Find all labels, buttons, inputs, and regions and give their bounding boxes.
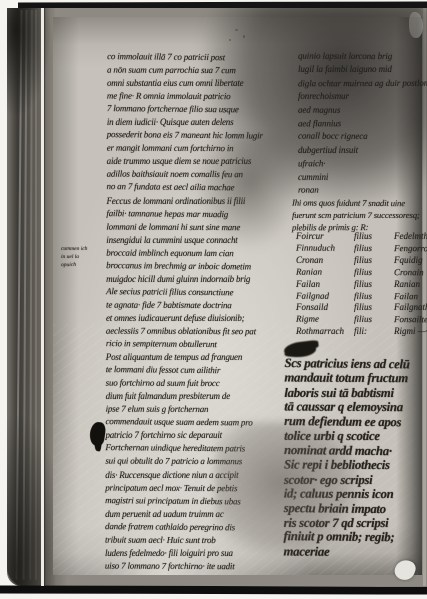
- manuscript-text-line: fuerunt scm patricium 7 successoresq;: [292, 209, 427, 221]
- ink-blot-margin: [88, 421, 106, 447]
- genealogy-cell: Foircur: [296, 231, 354, 243]
- manuscript-photo: co immolauit illā 7 co patricii posta nō…: [0, 0, 427, 599]
- genealogy-cell: filius: [354, 243, 394, 255]
- manuscript-text-line: laboris sui tā babtismi: [284, 386, 427, 401]
- genealogy-row: FailanfiliusRanian: [296, 279, 427, 291]
- genealogy-cell: Rothmarrach: [296, 326, 354, 338]
- manuscript-text-line: ricio in sempiternum obtullerunt: [106, 337, 298, 352]
- manuscript-text-line: Ale secius patricii filius consunctiune: [106, 285, 298, 300]
- manuscript-text-line: te agnata· fide 7 babtismate doctrina: [106, 298, 298, 312]
- manuscript-text-line: te lommani diu fessot cum ailithir: [106, 363, 298, 378]
- parchment-page: co immolauit illā 7 co patricii posta nō…: [53, 17, 422, 575]
- binding-top-shadow: [7, 8, 51, 118]
- genealogy-row: CronanfiliusFquidig: [296, 255, 427, 267]
- bookmark-string: [41, 8, 44, 586]
- genealogy-cell: filius: [354, 267, 394, 279]
- genealogy-cell: Rigme: [296, 314, 354, 326]
- genealogy-cell: Ranian: [296, 266, 354, 278]
- genealogy-row: FoircurfiliusFedelmthec: [296, 231, 427, 243]
- genealogy-row: FonsaildfiliusFailgnath: [296, 302, 427, 314]
- manuscript-text-line: tā caussar q elemoysina: [284, 400, 427, 415]
- manuscript-text-line: dium fuit falmandum presbiterum de: [106, 390, 298, 403]
- manuscript-text-line: mandauit totum fructum: [284, 371, 427, 386]
- genealogy-cell: Failgnath: [394, 302, 427, 314]
- genealogy-cell: Cronain: [394, 267, 427, 279]
- genealogy-row: RanianfiliusCronain: [296, 266, 427, 279]
- manuscript-text-line: cummen ich: [61, 245, 101, 253]
- genealogy-cell: filius: [354, 302, 394, 314]
- genealogy-cell: Finnuduch: [296, 242, 354, 254]
- manuscript-text-line: suo fortchirno ad suum fuit brocc: [106, 377, 298, 391]
- genealogy-cell: Failgnad: [296, 290, 354, 302]
- manuscript-text-line: et omnes iudicauerunt defuse diuisionib;: [106, 312, 298, 325]
- genealogy-cell: Fquidig: [394, 255, 427, 267]
- genealogy-cell: Cronan: [296, 255, 354, 267]
- genealogy-cell: fili:: [354, 326, 394, 338]
- manuscript-text-line: in uel la: [61, 253, 101, 261]
- manuscript-text-line: broccanus im brechmig ar inboic dometim: [106, 259, 298, 274]
- genealogy-row: FailgnadfiliusFailan: [296, 290, 427, 303]
- genealogy-cell: Ranian: [394, 279, 427, 291]
- manuscript-text-line: opuich: [61, 261, 101, 269]
- manuscript-text-line: uiso 7 lommano 7 fortchirno· ite uadit: [105, 559, 297, 573]
- manuscript-text-line: Post aliquantum de tempus ad franguen: [106, 351, 298, 364]
- genealogy-cell: Fengorro: [394, 243, 427, 255]
- genealogy-cell: Failan: [296, 279, 354, 291]
- left-margin-gloss: cummen ichin uel laopuich: [61, 245, 101, 269]
- damp-stain-bottom-right: [215, 422, 360, 557]
- damp-stain-lobe: [194, 135, 304, 250]
- manuscript-text-line: Scs patricius iens ad celū: [284, 356, 427, 372]
- genealogy-row: Rothmarrachfili:Rigmi —~—: [296, 326, 427, 338]
- genealogy-cell: filius: [354, 290, 394, 302]
- genealogy-cell: filius: [354, 255, 394, 267]
- genealogy-cell: filius: [354, 231, 394, 243]
- genealogy-row: FinnuduchfiliusFengorro: [296, 242, 427, 255]
- genealogy-cell: Failan: [394, 291, 427, 303]
- genealogy-filius-table: FoircurfiliusFedelmthecFinnuduchfiliusFe…: [296, 231, 427, 338]
- photo-frame-bottom-band: [0, 585, 427, 594]
- genealogy-cell: Rigmi —~—: [394, 326, 427, 338]
- open-book: co immolauit illā 7 co patricii posta nō…: [7, 8, 427, 586]
- genealogy-cell: Fonsailte: [394, 314, 427, 326]
- genealogy-cell: Fonsaild: [296, 302, 354, 314]
- genealogy-row: RigmefiliusFonsailte: [296, 314, 427, 327]
- genealogy-cell: filius: [354, 314, 394, 326]
- genealogy-cell: filius: [354, 279, 394, 291]
- genealogy-cell: Fedelmthec: [394, 231, 427, 243]
- manuscript-text-line: muigdoc hicill dumi gluinn indornaib bri…: [106, 273, 298, 286]
